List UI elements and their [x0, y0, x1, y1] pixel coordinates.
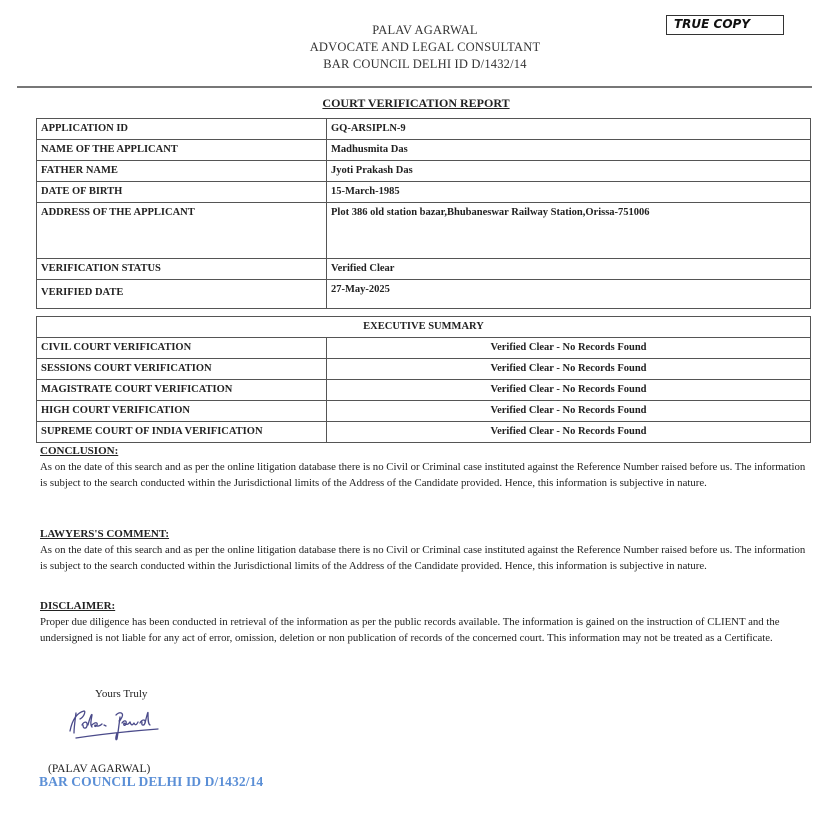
row-label: FATHER NAME [37, 161, 327, 182]
row-value: Verified Clear - No Records Found [327, 422, 811, 443]
signatory-bar-id: BAR COUNCIL DELHI ID D/1432/14 [39, 774, 263, 790]
row-label: VERIFICATION STATUS [37, 259, 327, 280]
verified-date-value: 27-May-2025 [327, 280, 811, 309]
executive-summary-table: EXECUTIVE SUMMARY CIVIL COURT VERIFICATI… [36, 316, 811, 443]
lawyer-comment-section: LAWYERS'S COMMENT: As on the date of thi… [40, 526, 810, 574]
row-label: DATE OF BIRTH [37, 182, 327, 203]
address-value: Plot 386 old station bazar,Bhubaneswar R… [327, 203, 811, 259]
lawyer-comment-title: LAWYERS'S COMMENT: [40, 526, 810, 542]
father-name-value: Jyoti Prakash Das [327, 161, 811, 182]
table-row: CIVIL COURT VERIFICATION Verified Clear … [37, 338, 811, 359]
conclusion-section: CONCLUSION: As on the date of this searc… [40, 443, 810, 491]
disclaimer-section: DISCLAIMER: Proper due diligence has bee… [40, 598, 810, 646]
row-label: SUPREME COURT OF INDIA VERIFICATION [37, 422, 327, 443]
row-label: HIGH COURT VERIFICATION [37, 401, 327, 422]
letterhead-bar-id: BAR COUNCIL DELHI ID D/1432/14 [0, 56, 820, 73]
row-label: MAGISTRATE COURT VERIFICATION [37, 380, 327, 401]
conclusion-title: CONCLUSION: [40, 443, 810, 459]
conclusion-text: As on the date of this search and as per… [40, 459, 810, 491]
verification-status-value: Verified Clear [327, 259, 811, 280]
row-value: Verified Clear - No Records Found [327, 401, 811, 422]
table-row: DATE OF BIRTH 15-March-1985 [37, 182, 811, 203]
row-label: VERIFIED DATE [37, 280, 327, 309]
applicant-name-value: Madhusmita Das [327, 140, 811, 161]
true-copy-stamp: TRUE COPY [666, 15, 784, 35]
row-label: ADDRESS OF THE APPLICANT [37, 203, 327, 259]
table-row: MAGISTRATE COURT VERIFICATION Verified C… [37, 380, 811, 401]
table-row: VERIFICATION STATUS Verified Clear [37, 259, 811, 280]
table-row: APPLICATION ID GQ-ARSIPLN-9 [37, 119, 811, 140]
dob-value: 15-March-1985 [327, 182, 811, 203]
disclaimer-title: DISCLAIMER: [40, 598, 810, 614]
header-divider [17, 86, 812, 88]
applicant-info-table: APPLICATION ID GQ-ARSIPLN-9 NAME OF THE … [36, 118, 811, 309]
lawyer-comment-text: As on the date of this search and as per… [40, 542, 810, 574]
table-row: FATHER NAME Jyoti Prakash Das [37, 161, 811, 182]
letterhead-designation: ADVOCATE AND LEGAL CONSULTANT [0, 39, 820, 56]
row-value: Verified Clear - No Records Found [327, 338, 811, 359]
row-label: CIVIL COURT VERIFICATION [37, 338, 327, 359]
table-row: HIGH COURT VERIFICATION Verified Clear -… [37, 401, 811, 422]
salutation: Yours Truly [95, 688, 147, 700]
table-row: SESSIONS COURT VERIFICATION Verified Cle… [37, 359, 811, 380]
table-row: ADDRESS OF THE APPLICANT Plot 386 old st… [37, 203, 811, 259]
row-value: Verified Clear - No Records Found [327, 359, 811, 380]
row-label: NAME OF THE APPLICANT [37, 140, 327, 161]
summary-heading: EXECUTIVE SUMMARY [37, 317, 811, 338]
table-row: VERIFIED DATE 27-May-2025 [37, 280, 811, 309]
disclaimer-text: Proper due diligence has been conducted … [40, 614, 810, 646]
table-row: NAME OF THE APPLICANT Madhusmita Das [37, 140, 811, 161]
table-row: SUPREME COURT OF INDIA VERIFICATION Veri… [37, 422, 811, 443]
row-value: Verified Clear - No Records Found [327, 380, 811, 401]
report-title: COURT VERIFICATION REPORT [0, 96, 820, 111]
application-id-value: GQ-ARSIPLN-9 [327, 119, 811, 140]
table-header-row: EXECUTIVE SUMMARY [37, 317, 811, 338]
row-label: SESSIONS COURT VERIFICATION [37, 359, 327, 380]
signature-image [62, 705, 172, 745]
row-label: APPLICATION ID [37, 119, 327, 140]
